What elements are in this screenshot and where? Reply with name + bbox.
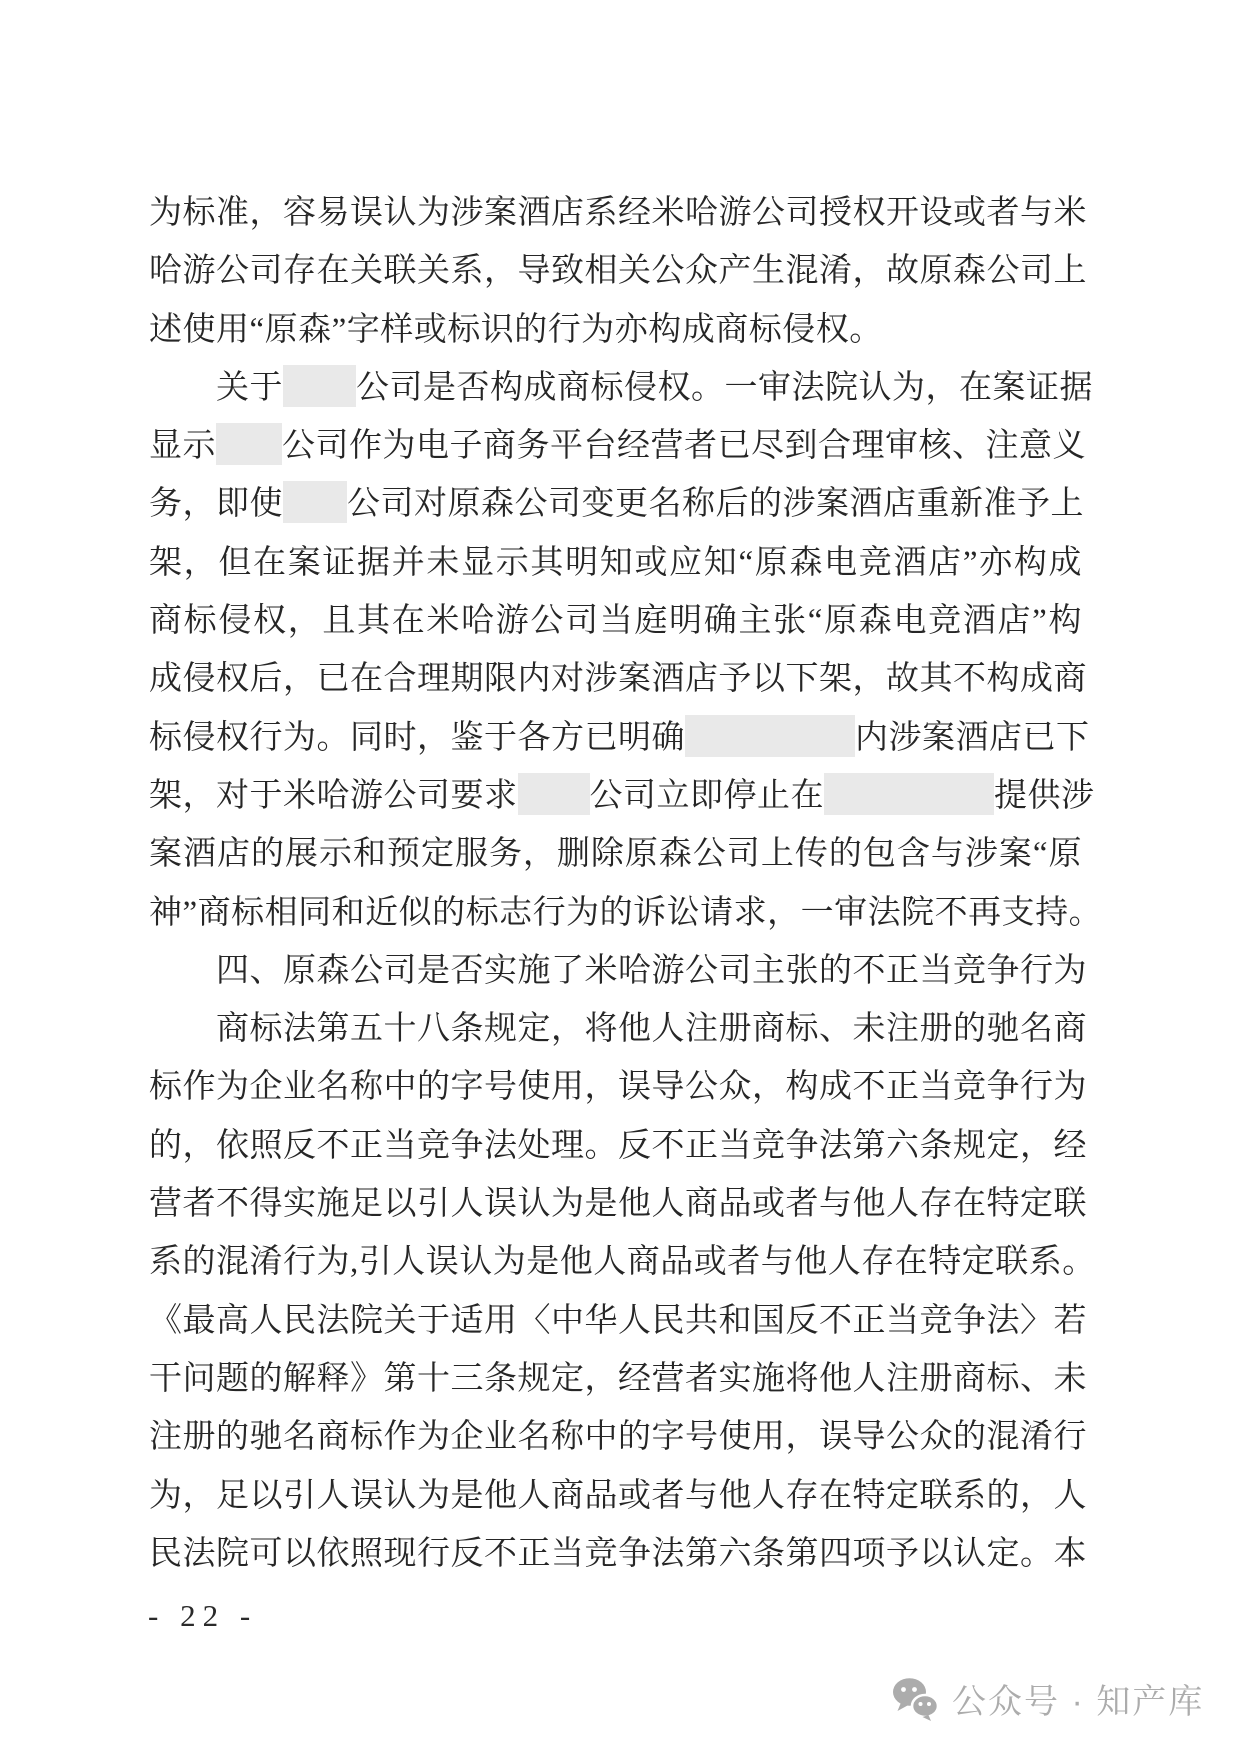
text-segment: 为，足以引人误认为是他人商品或者与他人存在特定联系的，人	[149, 1478, 1087, 1514]
text-segment: 标作为企业名称中的字号使用，误导公众，构成不正当竞争行为	[149, 1069, 1087, 1105]
text-line: 商标侵权，且其在米哈游公司当庭明确主张“原森电竞酒店”构	[149, 592, 1082, 650]
text-segment: 成侵权后，已在合理期限内对涉案酒店予以下架，故其不构成商	[149, 661, 1087, 697]
watermark: 公众号 · 知产库	[892, 1674, 1204, 1723]
text-segment: 注册的驰名商标作为企业名称中的字号使用，误导公众的混淆行	[149, 1419, 1087, 1455]
text-line: 成侵权后，已在合理期限内对涉案酒店予以下架，故其不构成商	[149, 650, 1082, 708]
text-segment: 提供涉	[994, 778, 1095, 814]
text-segment: 民法院可以依照现行反不正当竞争法第六条第四项予以认定。本	[149, 1536, 1087, 1572]
redaction-box	[518, 773, 590, 815]
text-line: 显示公司作为电子商务平台经营者已尽到合理审核、注意义	[149, 417, 1082, 475]
text-segment: 内涉案酒店已下	[855, 720, 1090, 756]
redaction-box	[283, 365, 356, 407]
text-line: 《最高人民法院关于适用〈中华人民共和国反不正当竞争法〉若	[149, 1292, 1082, 1350]
text-line: 哈游公司存在关联关系，导致相关公众产生混淆，故原森公司上	[149, 242, 1082, 300]
text-line: 四、原森公司是否实施了米哈游公司主张的不正当竞争行为	[149, 942, 1082, 1000]
text-segment: 公司对原森公司变更名称后的涉案酒店重新准予上	[347, 486, 1084, 522]
text-segment: 商标侵权，且其在米哈游公司当庭明确主张“原森电竞酒店”构	[149, 603, 1082, 639]
text-segment: 架，对于米哈游公司要求	[149, 778, 518, 814]
page-number: - 22 -	[148, 1598, 257, 1634]
redaction-box	[283, 481, 347, 523]
text-segment: 务，即使	[149, 486, 283, 522]
text-line: 商标法第五十八条规定，将他人注册商标、未注册的驰名商	[149, 1000, 1082, 1058]
text-segment: 四、原森公司是否实施了米哈游公司主张的不正当竞争行为	[216, 953, 1087, 989]
text-segment: 商标法第五十八条规定，将他人注册商标、未注册的驰名商	[216, 1011, 1087, 1047]
text-line: 干问题的解释》第十三条规定，经营者实施将他人注册商标、未	[149, 1350, 1082, 1408]
text-segment: 干问题的解释》第十三条规定，经营者实施将他人注册商标、未	[149, 1361, 1087, 1397]
text-segment: 的，依照反不正当竞争法处理。反不正当竞争法第六条规定，经	[149, 1128, 1087, 1164]
text-line: 民法院可以依照现行反不正当竞争法第六条第四项予以认定。本	[149, 1525, 1082, 1583]
text-segment: 标侵权行为。同时，鉴于各方已明确	[149, 720, 685, 756]
document-body: 为标准，容易误认为涉案酒店系经米哈游公司授权开设或者与米哈游公司存在关联关系，导…	[149, 184, 1082, 1583]
text-segment: 显示	[149, 428, 216, 464]
redaction-box	[824, 773, 994, 815]
wechat-icon	[892, 1677, 939, 1721]
text-line: 案酒店的展示和预定服务，删除原森公司上传的包含与涉案“原	[149, 825, 1082, 883]
text-line: 架，对于米哈游公司要求公司立即停止在提供涉	[149, 767, 1082, 825]
redaction-box	[685, 715, 855, 757]
text-line: 营者不得实施足以引人误认为是他人商品或者与他人存在特定联	[149, 1175, 1082, 1233]
text-line: 注册的驰名商标作为企业名称中的字号使用，误导公众的混淆行	[149, 1408, 1082, 1466]
text-segment: 公司立即停止在	[590, 778, 825, 814]
text-segment: 公司作为电子商务平台经营者已尽到合理审核、注意义	[282, 428, 1086, 464]
text-segment: 系的混淆行为,引人误认为是他人商品或者与他人存在特定联系。	[149, 1244, 1096, 1280]
watermark-text: 公众号 · 知产库	[952, 1674, 1204, 1723]
text-segment: 述使用“原森”字样或标识的行为亦构成商标侵权。	[149, 312, 883, 348]
text-line: 架，但在案证据并未显示其明知或应知“原森电竞酒店”亦构成	[149, 534, 1082, 592]
text-segment: 公司是否构成商标侵权。一审法院认为，在案证据	[356, 370, 1093, 406]
text-line: 述使用“原森”字样或标识的行为亦构成商标侵权。	[149, 301, 1082, 359]
text-segment: 关于	[216, 370, 283, 406]
text-segment: 架，但在案证据并未显示其明知或应知“原森电竞酒店”亦构成	[149, 545, 1082, 581]
document-page: 为标准，容易误认为涉案酒店系经米哈游公司授权开设或者与米哈游公司存在关联关系，导…	[0, 0, 1240, 1754]
redaction-box	[216, 423, 282, 465]
text-segment: 案酒店的展示和预定服务，删除原森公司上传的包含与涉案“原	[149, 836, 1082, 872]
text-line: 神”商标相同和近似的标志行为的诉讼请求，一审法院不再支持。	[149, 884, 1082, 942]
text-segment: 哈游公司存在关联关系，导致相关公众产生混淆，故原森公司上	[149, 253, 1087, 289]
text-line: 务，即使公司对原森公司变更名称后的涉案酒店重新准予上	[149, 475, 1082, 533]
text-segment: 神”商标相同和近似的标志行为的诉讼请求，一审法院不再支持。	[149, 895, 1102, 931]
text-line: 为，足以引人误认为是他人商品或者与他人存在特定联系的，人	[149, 1467, 1082, 1525]
text-segment: 营者不得实施足以引人误认为是他人商品或者与他人存在特定联	[149, 1186, 1087, 1222]
text-line: 标侵权行为。同时，鉴于各方已明确内涉案酒店已下	[149, 709, 1082, 767]
text-line: 为标准，容易误认为涉案酒店系经米哈游公司授权开设或者与米	[149, 184, 1082, 242]
text-line: 系的混淆行为,引人误认为是他人商品或者与他人存在特定联系。	[149, 1233, 1082, 1291]
text-line: 的，依照反不正当竞争法处理。反不正当竞争法第六条规定，经	[149, 1117, 1082, 1175]
text-line: 关于公司是否构成商标侵权。一审法院认为，在案证据	[149, 359, 1082, 417]
text-line: 标作为企业名称中的字号使用，误导公众，构成不正当竞争行为	[149, 1058, 1082, 1116]
text-segment: 《最高人民法院关于适用〈中华人民共和国反不正当竞争法〉若	[149, 1303, 1087, 1339]
text-segment: 为标准，容易误认为涉案酒店系经米哈游公司授权开设或者与米	[149, 195, 1087, 231]
